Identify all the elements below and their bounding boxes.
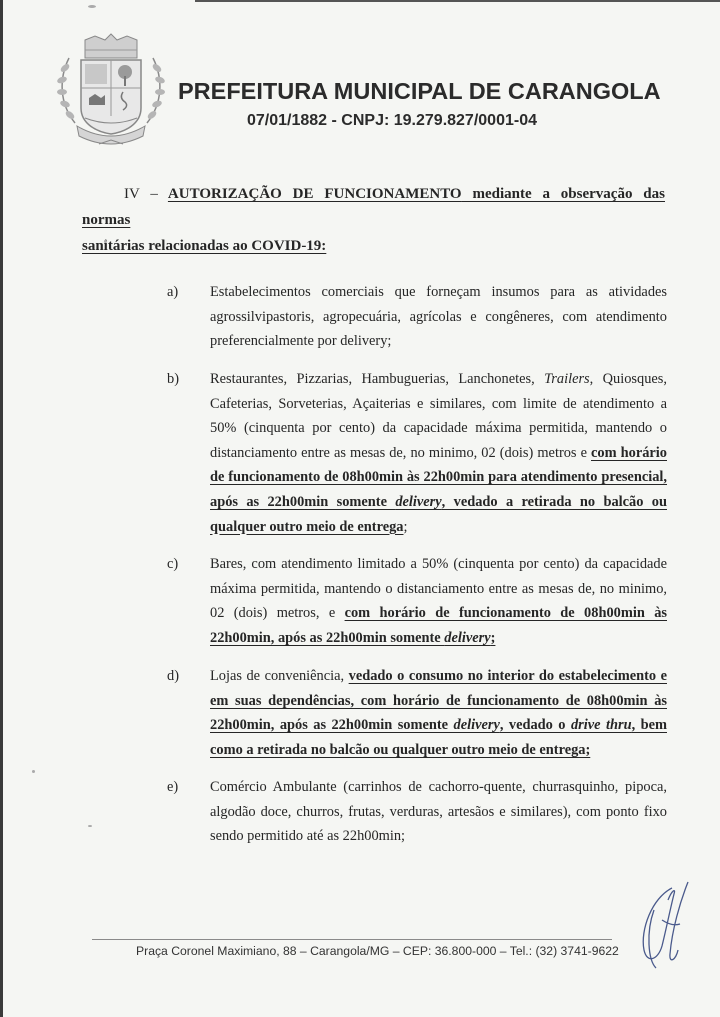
scan-artifact: [88, 5, 96, 8]
item-text-bold-italic: delivery: [395, 494, 441, 510]
list-item-e: e) Comércio Ambulante (carrinhos de cach…: [167, 775, 667, 849]
item-text-bold: ;: [491, 630, 496, 646]
list-item-d: d) Lojas de conveniência, vedado o consu…: [167, 664, 667, 762]
list-item-c: c) Bares, com atendimento limitado a 50%…: [167, 552, 667, 650]
item-text: Lojas de conveniência, vedado o consumo …: [210, 664, 667, 762]
coat-of-arms-icon: [55, 28, 167, 146]
item-text-bold-italic: delivery: [444, 630, 490, 646]
section-heading-line2: sanitárias relacionadas ao COVID-19:: [82, 238, 326, 254]
item-text: Restaurantes, Pizzarias, Hambuguerias, L…: [210, 367, 667, 539]
page-edge-left: [0, 0, 3, 1017]
scan-artifact: [88, 825, 92, 827]
page-subtitle: 07/01/1882 - CNPJ: 19.279.827/0001-04: [247, 112, 537, 130]
item-text-bold: , vedado o: [500, 717, 571, 733]
item-text-bold-italic: drive thru: [571, 717, 632, 733]
item-text-part: Lojas de conveniência,: [210, 668, 349, 684]
item-text-bold-italic: delivery: [454, 717, 500, 733]
scan-artifact: [104, 240, 107, 243]
footer-divider: [92, 939, 612, 940]
section-heading: IV –AUTORIZAÇÃO DE FUNCIONAMENTO mediant…: [82, 181, 665, 259]
section-number: IV –: [124, 186, 158, 202]
item-label: a): [167, 280, 178, 305]
item-text: Bares, com atendimento limitado a 50% (c…: [210, 552, 667, 650]
page-edge: [195, 0, 720, 2]
item-text-part: ;: [403, 519, 407, 535]
signature-icon: [632, 880, 698, 970]
item-text: Comércio Ambulante (carrinhos de cachorr…: [210, 775, 667, 849]
item-text-part: Restaurantes, Pizzarias, Hambuguerias, L…: [210, 371, 544, 387]
list-item-b: b) Restaurantes, Pizzarias, Hambuguerias…: [167, 367, 667, 539]
item-label: b): [167, 367, 179, 392]
section-heading-underlined: AUTORIZAÇÃO DE FUNCIONAMENTO: [168, 186, 462, 202]
item-text-italic: Trailers: [544, 371, 590, 387]
footer-address: Praça Coronel Maximiano, 88 – Carangola/…: [136, 944, 619, 958]
item-label: d): [167, 664, 179, 689]
item-label: e): [167, 775, 178, 800]
page-title: PREFEITURA MUNICIPAL DE CARANGOLA: [178, 78, 661, 105]
scan-artifact: [32, 770, 35, 773]
item-label: c): [167, 552, 178, 577]
list-item-a: a) Estabelecimentos comerciais que forne…: [167, 280, 667, 354]
item-text: Estabelecimentos comerciais que forneçam…: [210, 280, 667, 354]
